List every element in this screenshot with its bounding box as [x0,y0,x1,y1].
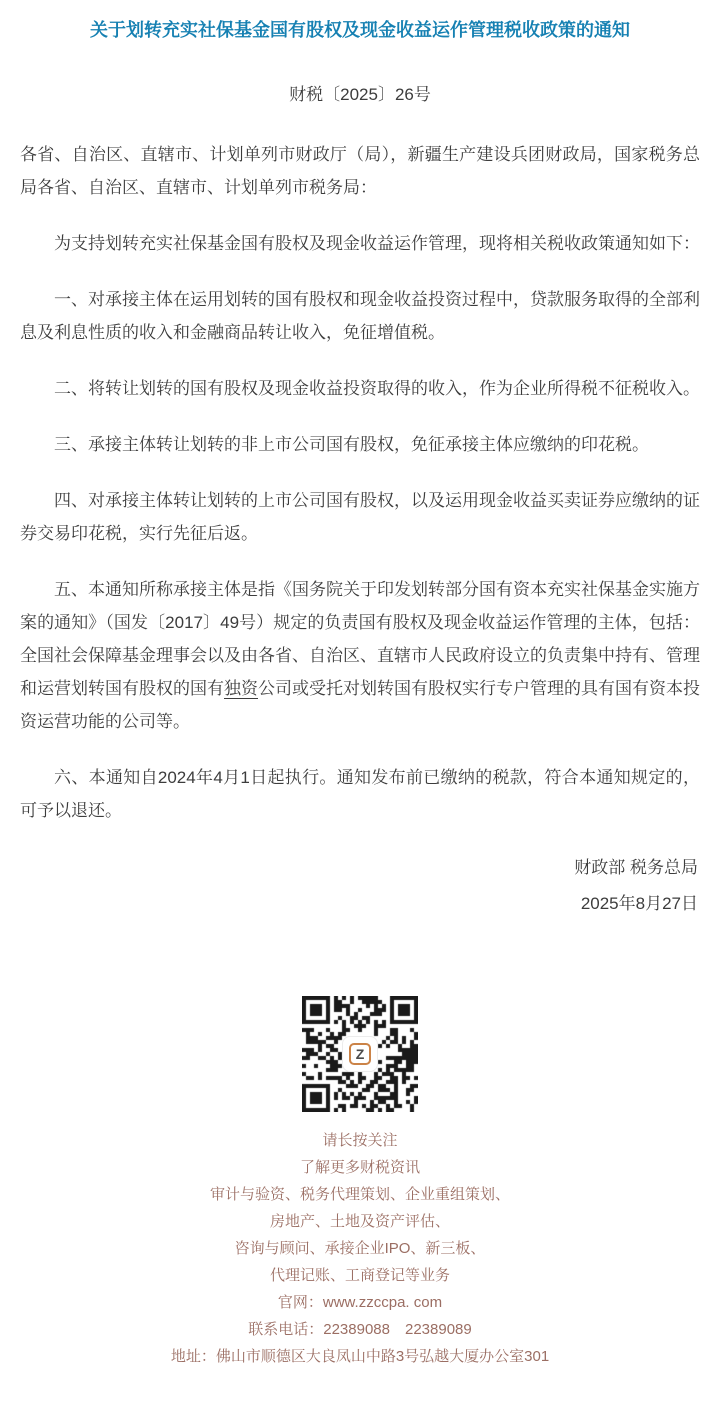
signoff-block: 财政部 税务总局 2025年8月27日 [20,850,700,922]
footer-line-website: 官网：www.zzccpa. com [20,1289,700,1316]
notice-paragraph-5: 五、本通知所称承接主体是指《国务院关于印发划转部分国有资本充实社保基金实施方案的… [20,573,700,738]
notice-paragraph-6: 六、本通知自2024年4月1日起执行。通知发布前已缴纳的税款，符合本通知规定的，… [20,761,700,827]
issuer-signature: 财政部 税务总局 [20,850,698,886]
footer-line-address: 地址：佛山市顺德区大良凤山中路3号弘越大厦办公室301 [20,1343,700,1370]
footer-line-services-3: 咨询与顾问、承接企业IPO、新三板、 [20,1235,700,1262]
qr-code-block: Z [302,996,418,1112]
footer-line-services-1: 审计与验资、税务代理策划、企业重组策划、 [20,1181,700,1208]
intro-paragraph: 为支持划转充实社保基金国有股权及现金收益运作管理，现将相关税收政策通知如下： [20,227,700,260]
underlined-term: 独资 [224,679,258,698]
issue-date: 2025年8月27日 [20,886,698,922]
doc-number: 财税〔2025〕26号 [20,80,700,105]
notice-paragraph-4: 四、对承接主体转让划转的上市公司国有股权，以及运用现金收益买卖证券应缴纳的证券交… [20,484,700,550]
footer-line-services-4: 代理记账、工商登记等业务 [20,1262,700,1289]
notice-title: 关于划转充实社保基金国有股权及现金收益运作管理税收政策的通知 [75,0,645,43]
salutation: 各省、自治区、直辖市、计划单列市财政厅（局），新疆生产建设兵团财政局，国家税务总… [20,138,700,204]
footer-line-follow: 请长按关注 [20,1127,700,1154]
qr-center-logo: Z [343,1037,377,1071]
footer-line-phone: 联系电话：22389088 22389089 [20,1316,700,1343]
notice-body: 各省、自治区、直辖市、计划单列市财政厅（局），新疆生产建设兵团财政局，国家税务总… [20,138,700,827]
footer-info: 请长按关注 了解更多财税资讯 审计与验资、税务代理策划、企业重组策划、 房地产、… [20,1127,700,1370]
footer-line-more-info: 了解更多财税资讯 [20,1154,700,1181]
qr-logo-glyph: Z [349,1043,371,1065]
footer-line-services-2: 房地产、土地及资产评估、 [20,1208,700,1235]
notice-paragraph-1: 一、对承接主体在运用划转的国有股权和现金收益投资过程中，贷款服务取得的全部利息及… [20,283,700,349]
notice-paragraph-3: 三、承接主体转让划转的非上市公司国有股权，免征承接主体应缴纳的印花税。 [20,428,700,461]
notice-document: 关于划转充实社保基金国有股权及现金收益运作管理税收政策的通知 财税〔2025〕2… [0,0,720,1370]
notice-paragraph-2: 二、将转让划转的国有股权及现金收益投资取得的收入，作为企业所得税不征税收入。 [20,372,700,405]
